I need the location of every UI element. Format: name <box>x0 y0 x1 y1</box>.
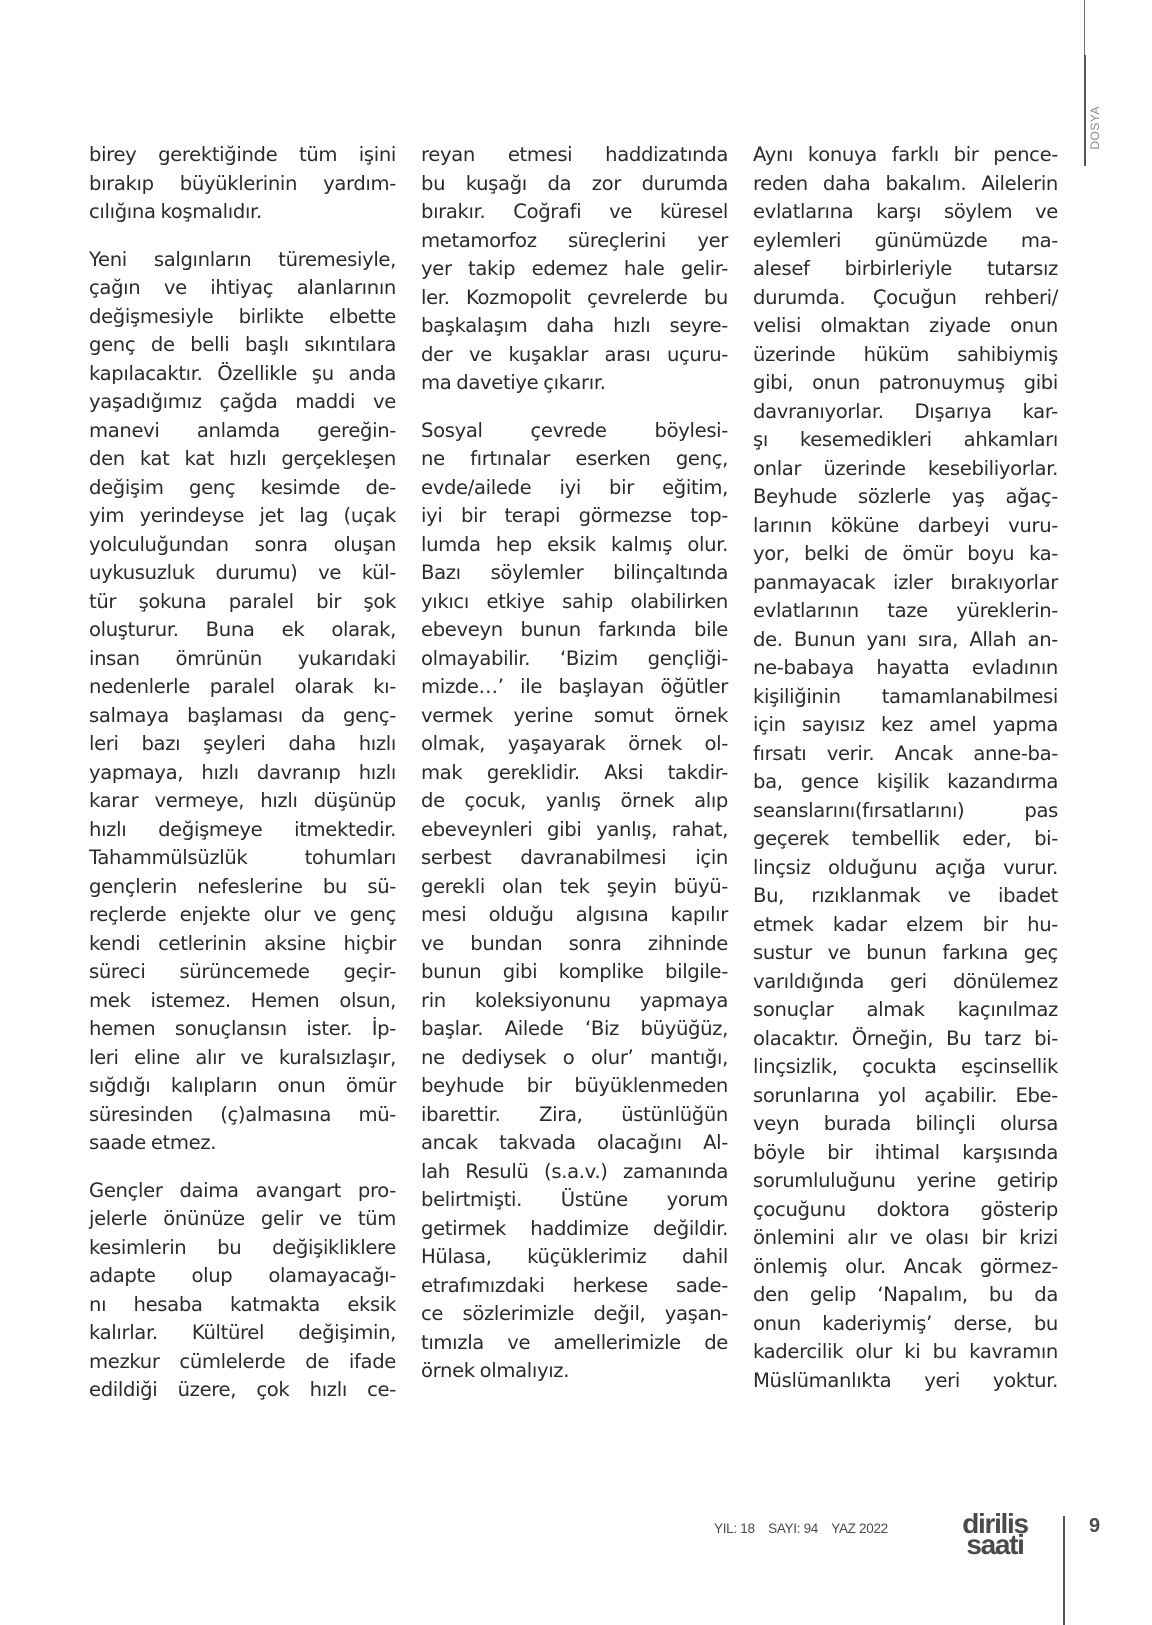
text-line: yolculuğundan sonra oluşan <box>89 531 396 560</box>
text-line: yıkıcı etkiye sahip olabilirken <box>421 588 728 617</box>
text-line: bırakır. Coğrafi ve küresel <box>421 198 728 227</box>
text-line: cılığına koşmalıdır. <box>89 198 396 227</box>
text-line: üzerinde hüküm sahibiymiş <box>753 341 1058 370</box>
text-line: de. Bunun yanı sıra, Allah an- <box>753 626 1058 655</box>
article-column-2: reyan etmesi haddizatındabu kuşağı da zo… <box>421 141 728 1405</box>
text-line: genç de belli başlı sıkıntılara <box>89 331 396 360</box>
text-line: çocuğunu doktora gösterip <box>753 1196 1058 1225</box>
text-line: seanslarını(fırsatlarını) pas <box>753 797 1058 826</box>
text-line: ma davetiye çıkarır. <box>421 369 728 398</box>
text-line: jelerle önünüze gelir ve tüm <box>89 1205 396 1234</box>
text-line: saade etmez. <box>89 1129 396 1158</box>
footer-divider <box>1063 1516 1065 1625</box>
text-line: panmayacak izler bırakıyorlar <box>753 569 1058 598</box>
text-line: gençlerin nefeslerine bu sü- <box>89 873 396 902</box>
text-line: sustur ve bunun farkına geç <box>753 939 1058 968</box>
text-line: önlemiş olur. Ancak görmez- <box>753 1253 1058 1282</box>
text-line: mezkur cümlelerde de ifade <box>89 1348 396 1377</box>
text-line: iyi bir terapi görmezse top- <box>421 502 728 531</box>
text-line: ne dediysek o olur’ mantığı, <box>421 1044 728 1073</box>
text-line: başlar. Ailede ‘Biz büyüğüz, <box>421 1015 728 1044</box>
article-paragraph: Yeni salgınların türemesiyle,çağın ve ih… <box>89 246 396 1158</box>
article-column-3: Aynı konuya farklı bir pence-reden daha … <box>753 141 1058 1414</box>
text-line: den kat kat hızlı gerçekleşen <box>89 445 396 474</box>
text-line: geçerek tembellik eder, bi- <box>753 825 1058 854</box>
text-line: kapılacaktır. Özellikle şu anda <box>89 360 396 389</box>
text-line: için sayısız kez amel yapma <box>753 711 1058 740</box>
text-line: veyn burada bilinçli olursa <box>753 1110 1058 1139</box>
text-line: sonuçlar almak kaçınılmaz <box>753 996 1058 1025</box>
magazine-logo: dirilis saati <box>955 1513 1035 1555</box>
text-line: Bazı söylemler bilinçaltında <box>421 559 728 588</box>
text-line: lumda hep eksik kalmış olur. <box>421 531 728 560</box>
text-line: kadercilik olur ki bu kavramın <box>753 1338 1058 1367</box>
article-paragraph: Gençler daima avangart pro-jelerle önünü… <box>89 1177 396 1405</box>
text-line: sorunlarına yol açabilir. Ebe- <box>753 1082 1058 1111</box>
text-line: gibi, onun patronuymuş gibi <box>753 369 1058 398</box>
text-line: rin koleksiyonunu yapmaya <box>421 987 728 1016</box>
text-line: linçsizlik, çocukta eşcinsellik <box>753 1053 1058 1082</box>
text-line: vermek yerine somut örnek <box>421 702 728 731</box>
issue-season: YAZ 2022 <box>831 1521 888 1536</box>
text-line: yapmaya, hızlı davranıp hızlı <box>89 759 396 788</box>
text-line: ne fırtınalar eserken genç, <box>421 445 728 474</box>
text-line: de çocuk, yanlış örnek alıp <box>421 787 728 816</box>
text-line: reyan etmesi haddizatında <box>421 141 728 170</box>
text-line: reden daha bakalım. Ailelerin <box>753 170 1058 199</box>
text-line: ne-babaya hayatta evladının <box>753 654 1058 683</box>
text-line: başkalaşım daha hızlı seyre- <box>421 312 728 341</box>
text-line: davranıyorlar. Dışarıya kar- <box>753 398 1058 427</box>
text-line: birey gerektiğinde tüm işini <box>89 141 396 170</box>
text-line: mizde…’ ile başlayan öğütler <box>421 673 728 702</box>
text-line: leri bazı şeyleri daha hızlı <box>89 730 396 759</box>
section-tag: DOSYA <box>1088 106 1102 166</box>
text-line: den gelip ‘Napalım, bu da <box>753 1281 1058 1310</box>
text-line: ebeveyn bunun farkında bile <box>421 616 728 645</box>
text-line: ve bundan sonra zihninde <box>421 930 728 959</box>
text-line: kişiliğinin tamamlanabilmesi <box>753 683 1058 712</box>
top-rule-dark <box>1084 55 1086 166</box>
text-line: varıldığında geri dönülemez <box>753 968 1058 997</box>
text-line: Gençler daima avangart pro- <box>89 1177 396 1206</box>
issue-year: YIL: 18 <box>714 1521 755 1536</box>
text-line: şı kesemedikleri ahkamları <box>753 426 1058 455</box>
text-line: salmaya başlaması da genç- <box>89 702 396 731</box>
text-line: velisi olmaktan ziyade onun <box>753 312 1058 341</box>
text-line: Tahammülsüzlük tohumları <box>89 844 396 873</box>
text-line: kendi cetlerinin aksine hiçbir <box>89 930 396 959</box>
top-rule-light <box>1084 0 1085 55</box>
article-paragraph: reyan etmesi haddizatındabu kuşağı da zo… <box>421 141 728 398</box>
text-line: lah Resulü (s.a.v.) zamanında <box>421 1158 728 1187</box>
text-line: mesi olduğu algısına kapılır <box>421 901 728 930</box>
text-line: oluşturur. Buna ek olarak, <box>89 616 396 645</box>
text-line: reçlerde enjekte olur ve genç <box>89 901 396 930</box>
text-line: olacaktır. Örneğin, Bu tarz bi- <box>753 1025 1058 1054</box>
text-line: onun kaderiymiş’ derse, bu <box>753 1310 1058 1339</box>
text-line: bunun gibi komplike bilgile- <box>421 958 728 987</box>
text-line: Aynı konuya farklı bir pence- <box>753 141 1058 170</box>
text-line: Bu, rızıklanmak ve ibadet <box>753 882 1058 911</box>
text-line: yor, belki de ömür boyu ka- <box>753 540 1058 569</box>
text-line: Hülasa, küçüklerimiz dahil <box>421 1243 728 1272</box>
text-line: yim yerindeyse jet lag (uçak <box>89 502 396 531</box>
text-line: manevi anlamda gereğin- <box>89 417 396 446</box>
text-line: beyhude bir büyüklenmeden <box>421 1072 728 1101</box>
logo-line-2: saati <box>955 1534 1035 1555</box>
text-line: etmek kadar elzem bir hu- <box>753 911 1058 940</box>
text-line: ba, gence kişilik kazandırma <box>753 768 1058 797</box>
text-line: edildiği üzere, çok hızlı ce- <box>89 1376 396 1405</box>
text-line: onlar üzerinde kesebiliyorlar. <box>753 455 1058 484</box>
text-line: serbest davranabilmesi için <box>421 844 728 873</box>
text-line: belirtmişti. Üstüne yorum <box>421 1186 728 1215</box>
text-line: çağın ve ihtiyaç alanlarının <box>89 274 396 303</box>
text-line: değişmesiyle birlikte elbette <box>89 303 396 332</box>
text-line: hemen sonuçlansın ister. İp- <box>89 1015 396 1044</box>
text-line: Sosyal çevrede böylesi- <box>421 417 728 446</box>
text-line: yer takip edemez hale gelir- <box>421 255 728 284</box>
text-line: süreci sürüncemede geçir- <box>89 958 396 987</box>
text-line: alesef birbirleriyle tutarsız <box>753 255 1058 284</box>
text-line: durumda. Çocuğun rehberi/ <box>753 284 1058 313</box>
article-paragraph: birey gerektiğinde tüm işinibırakıp büyü… <box>89 141 396 227</box>
text-line: Müslümanlıkta yeri yoktur. <box>753 1367 1058 1396</box>
text-line: nı hesaba katmakta eksik <box>89 1291 396 1320</box>
article-column-1: birey gerektiğinde tüm işinibırakıp büyü… <box>89 141 396 1424</box>
page-number: 9 <box>1089 1515 1100 1538</box>
text-line: nedenlerle paralel olarak kı- <box>89 673 396 702</box>
issue-number: SAYI: 94 <box>768 1521 818 1536</box>
text-line: evde/ailede iyi bir eğitim, <box>421 474 728 503</box>
text-line: gerekli olan tek şeyin büyü- <box>421 873 728 902</box>
text-line: uykusuzluk durumu) ve kül- <box>89 559 396 588</box>
text-line: böyle bir ihtimal karşısında <box>753 1139 1058 1168</box>
text-line: ler. Kozmopolit çevrelerde bu <box>421 284 728 313</box>
text-line: olmak, yaşayarak örnek ol- <box>421 730 728 759</box>
text-line: ibarettir. Zira, üstünlüğün <box>421 1101 728 1130</box>
text-line: ebeveynleri gibi yanlış, rahat, <box>421 816 728 845</box>
text-line: mek istemez. Hemen olsun, <box>89 987 396 1016</box>
text-line: evlatlarının taze yüreklerin- <box>753 597 1058 626</box>
text-line: evlatlarına karşı söylem ve <box>753 198 1058 227</box>
text-line: karar vermeye, hızlı düşünüp <box>89 787 396 816</box>
text-line: tımızla ve amellerimizle de <box>421 1329 728 1358</box>
text-line: ce sözlerimizle değil, yaşan- <box>421 1300 728 1329</box>
text-line: değişim genç kesimde de- <box>89 474 396 503</box>
text-line: der ve kuşaklar arası uçuru- <box>421 341 728 370</box>
text-line: kesimlerin bu değişikliklere <box>89 1234 396 1263</box>
text-line: mak gereklidir. Aksi takdir- <box>421 759 728 788</box>
text-line: sığdığı kalıpların onun ömür <box>89 1072 396 1101</box>
text-line: linçsiz olduğunu açığa vurur. <box>753 854 1058 883</box>
text-line: tür şokuna paralel bir şok <box>89 588 396 617</box>
text-line: etrafımızdaki herkese sade- <box>421 1272 728 1301</box>
text-line: sorumluluğunu yerine getirip <box>753 1167 1058 1196</box>
text-line: ancak takvada olacağını Al- <box>421 1129 728 1158</box>
text-line: larının köküne darbeyi vuru- <box>753 512 1058 541</box>
text-line: bu kuşağı da zor durumda <box>421 170 728 199</box>
text-line: leri eline alır ve kuralsızlaşır, <box>89 1044 396 1073</box>
article-paragraph: Aynı konuya farklı bir pence-reden daha … <box>753 141 1058 1395</box>
text-line: Beyhude sözlerle yaş ağaç- <box>753 483 1058 512</box>
issue-info: YIL: 18 SAYI: 94 YAZ 2022 <box>714 1521 898 1536</box>
article-paragraph: Sosyal çevrede böylesi-ne fırtınalar ese… <box>421 417 728 1386</box>
text-line: hızlı değişmeye itmektedir. <box>89 816 396 845</box>
text-line: getirmek haddimize değildir. <box>421 1215 728 1244</box>
text-line: yaşadığımız çağda maddi ve <box>89 388 396 417</box>
text-line: önlemini alır ve olası bir krizi <box>753 1224 1058 1253</box>
text-line: kalırlar. Kültürel değişimin, <box>89 1319 396 1348</box>
text-line: adapte olup olamayacağı- <box>89 1262 396 1291</box>
text-line: örnek olmalıyız. <box>421 1357 728 1386</box>
text-line: bırakıp büyüklerinin yardım- <box>89 170 396 199</box>
text-line: süresinden (ç)almasına mü- <box>89 1101 396 1130</box>
text-line: metamorfoz süreçlerini yer <box>421 227 728 256</box>
text-line: Yeni salgınların türemesiyle, <box>89 246 396 275</box>
text-line: olmayabilir. ‘Bizim gençliği- <box>421 645 728 674</box>
text-line: fırsatı verir. Ancak anne-ba- <box>753 740 1058 769</box>
text-line: eylemleri günümüzde ma- <box>753 227 1058 256</box>
text-line: insan ömrünün yukarıdaki <box>89 645 396 674</box>
